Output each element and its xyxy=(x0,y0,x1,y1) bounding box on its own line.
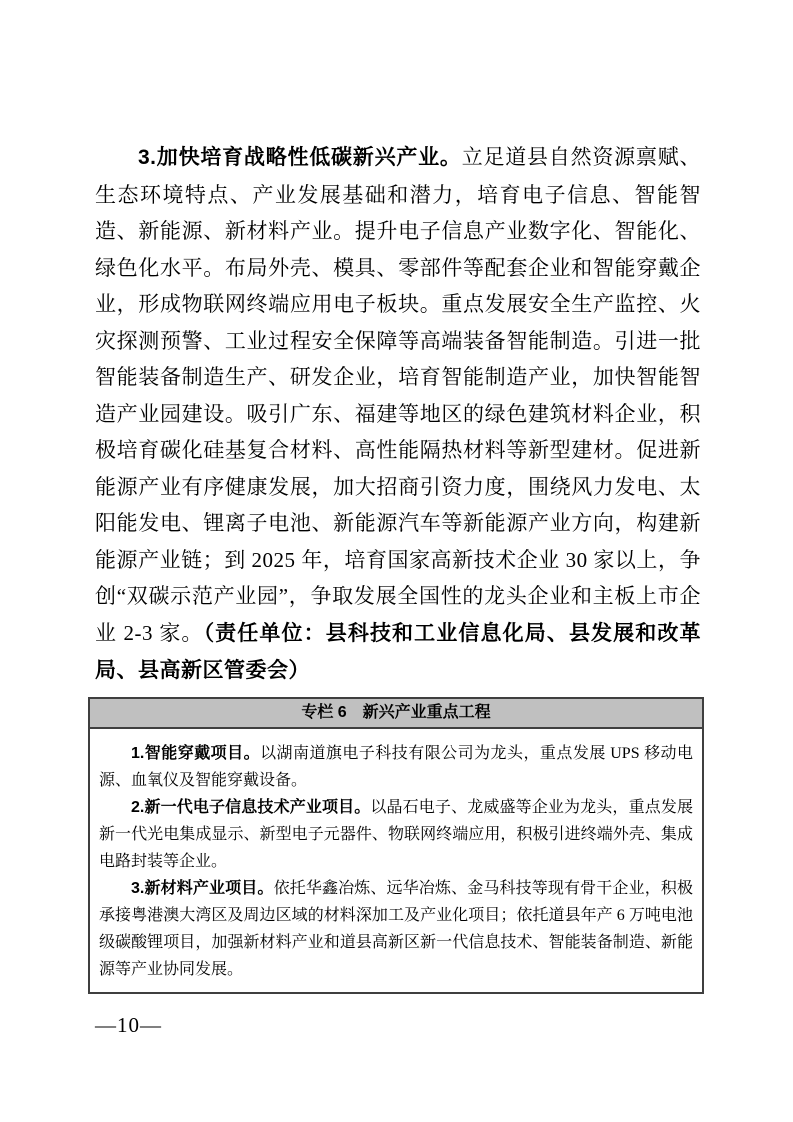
page-number: —10— xyxy=(95,1013,162,1038)
callout-item-1: 1.智能穿戴项目。以湖南道旗电子科技有限公司为龙头，重点发展 UPS 移动电源、… xyxy=(99,740,693,794)
callout-box-body: 1.智能穿戴项目。以湖南道旗电子科技有限公司为龙头，重点发展 UPS 移动电源、… xyxy=(90,729,702,992)
main-paragraph: 3.加快培育战略性低碳新兴产业。立足道县自然资源禀赋、生态环境特点、产业发展基础… xyxy=(95,139,701,690)
paragraph-lead-heading: 3.加快培育战略性低碳新兴产业。 xyxy=(138,146,462,169)
callout-box-header: 专栏 6 新兴产业重点工程 xyxy=(90,699,702,729)
callout-item-3-lead: 3.新材料产业项目。 xyxy=(131,880,274,897)
document-page: 3.加快培育战略性低碳新兴产业。立足道县自然资源禀赋、生态环境特点、产业发展基础… xyxy=(0,0,793,1122)
paragraph-body-text: 立足道县自然资源禀赋、生态环境特点、产业发展基础和潜力，培育电子信息、智能智造、… xyxy=(95,145,701,645)
callout-item-2: 2.新一代电子信息技术产业项目。以晶石电子、龙威盛等企业为龙头，重点发展新一代光… xyxy=(99,794,693,875)
callout-box: 专栏 6 新兴产业重点工程 1.智能穿戴项目。以湖南道旗电子科技有限公司为龙头，… xyxy=(88,697,704,994)
callout-item-3: 3.新材料产业项目。依托华鑫冶炼、远华冶炼、金马科技等现有骨干企业，积极承接粤港… xyxy=(99,875,693,983)
callout-item-1-lead: 1.智能穿戴项目。 xyxy=(131,745,260,762)
callout-item-2-lead: 2.新一代电子信息技术产业项目。 xyxy=(131,799,370,816)
